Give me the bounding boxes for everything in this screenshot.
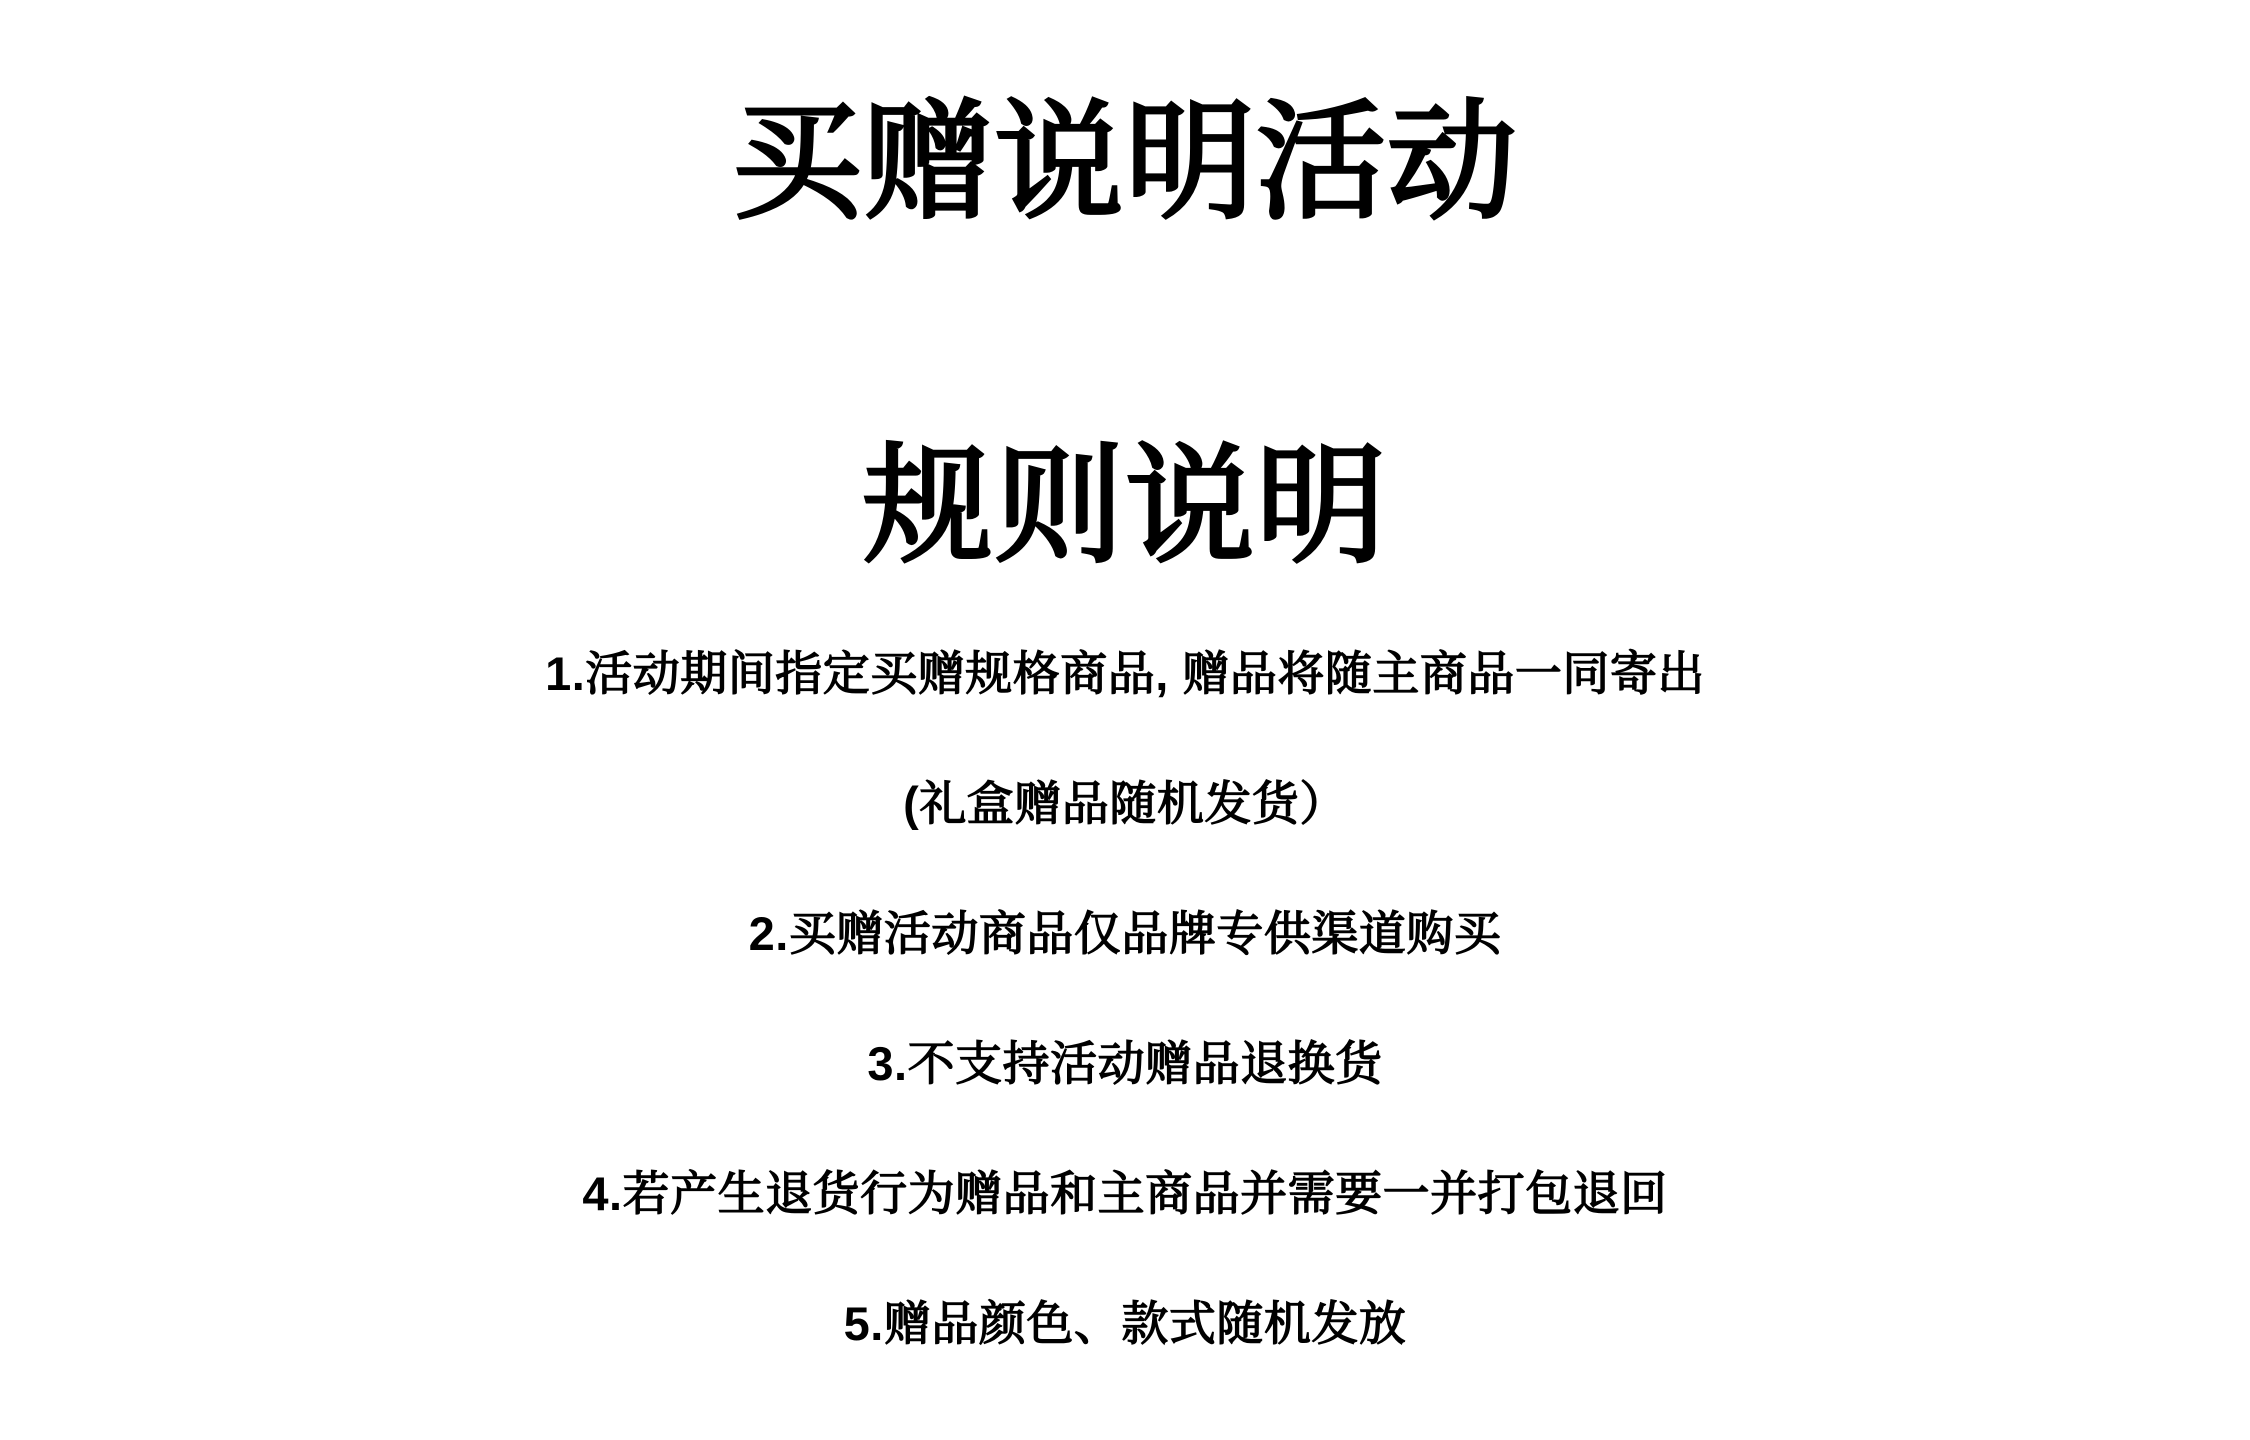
rules-list: 1.活动期间指定买赠规格商品, 赠品将随主商品一同寄出 (礼盒赠品随机发货） 2… [0,609,2250,1389]
rule-line-4: 4.若产生退货行为赠品和主商品并需要一并打包退回 [0,1129,2250,1259]
rule-line-2: 2.买赠活动商品仅品牌专供渠道购买 [0,869,2250,999]
promo-notice-page: 买赠说明活动 规则说明 1.活动期间指定买赠规格商品, 赠品将随主商品一同寄出 … [0,0,2250,1440]
rule-line-1: 1.活动期间指定买赠规格商品, 赠品将随主商品一同寄出 [0,609,2250,739]
rule-line-5: 5.赠品颜色、款式随机发放 [0,1259,2250,1389]
rule-line-3: 3.不支持活动赠品退换货 [0,999,2250,1129]
section-heading: 规则说明 [0,236,2250,580]
page-title: 买赠说明活动 [0,0,2250,236]
rule-line-1-continued: (礼盒赠品随机发货） [0,739,2250,869]
